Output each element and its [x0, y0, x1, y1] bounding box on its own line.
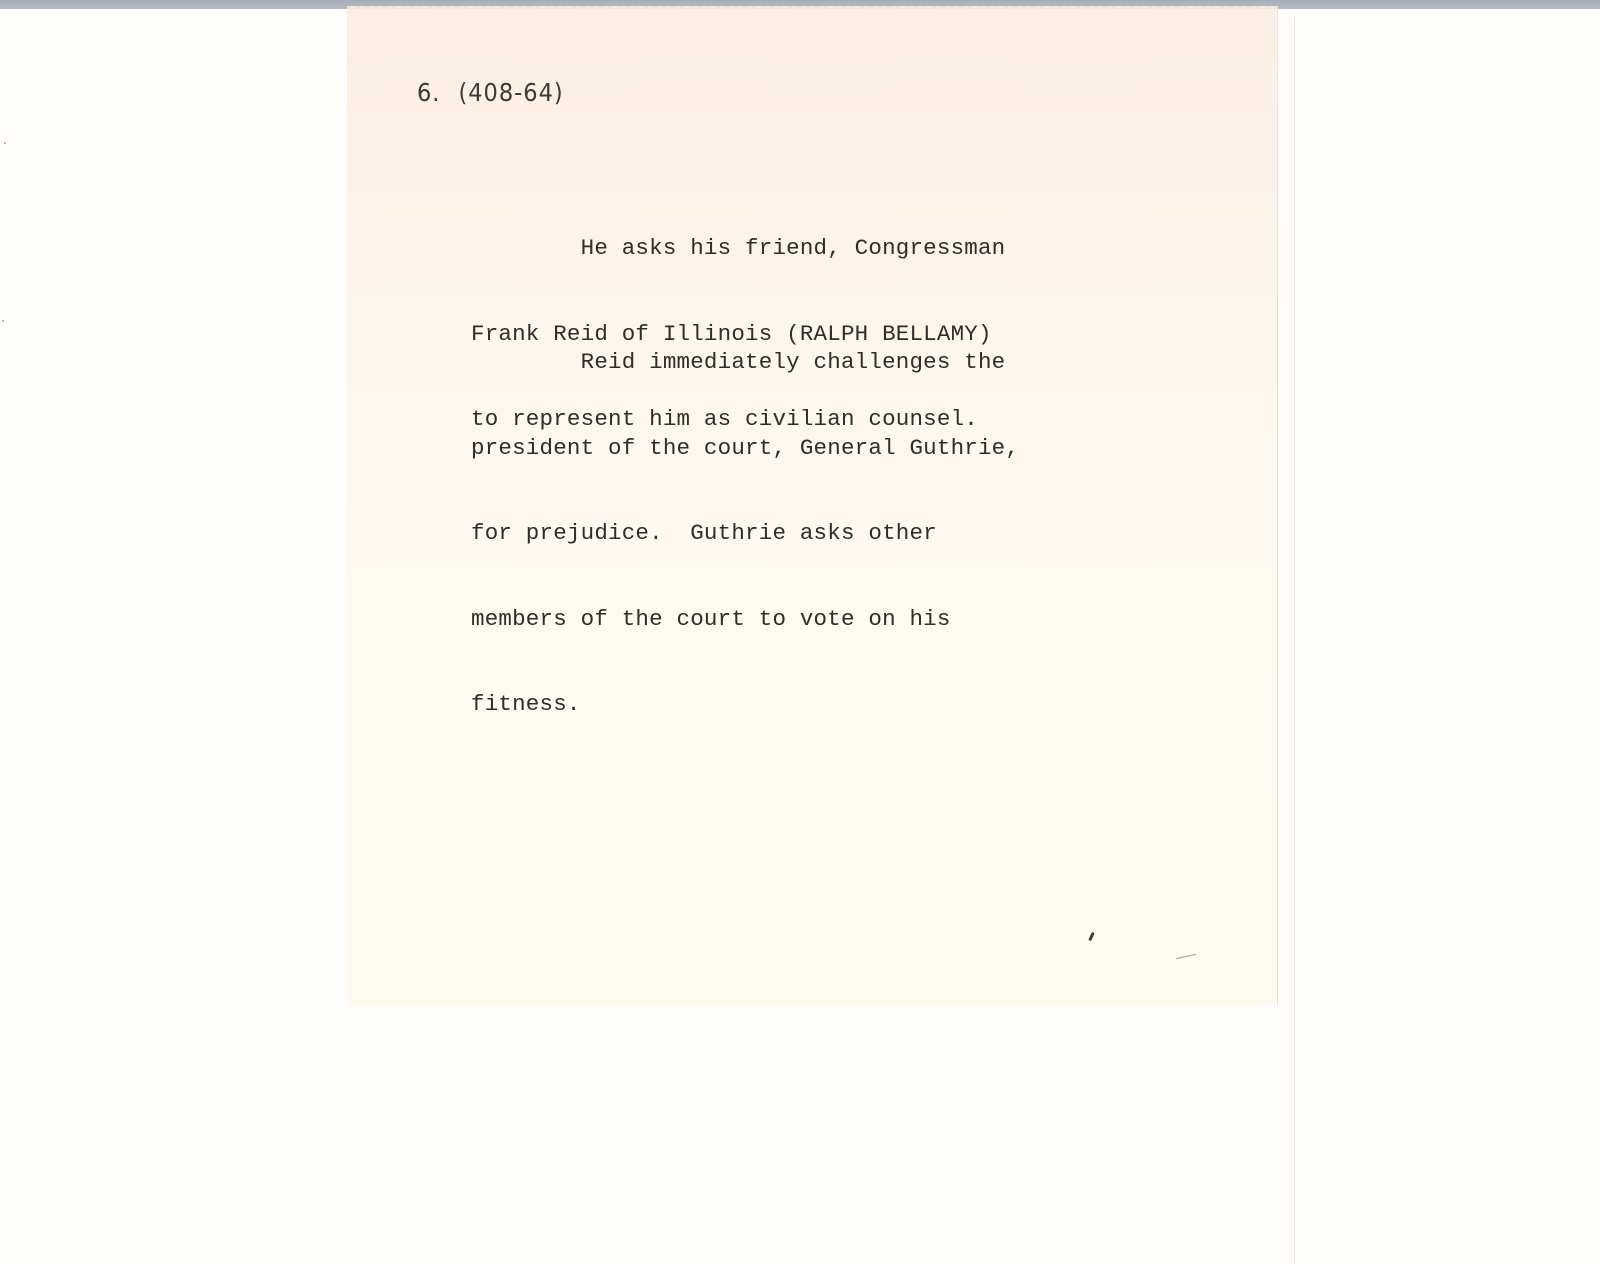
caption-sheet: 6.(408-64) He asks his friend, Congressm… — [347, 6, 1277, 1006]
ink-mark — [1176, 954, 1196, 959]
text-line: members of the court to vote on his — [471, 605, 1091, 634]
paragraph-2: Reid immediately challenges the presiden… — [471, 291, 1091, 776]
backing-page-right — [1294, 17, 1600, 1264]
text-line: fitness. — [471, 690, 1091, 719]
text-line: president of the court, General Guthrie, — [471, 434, 1091, 463]
text-line: Reid immediately challenges the — [471, 348, 1091, 377]
text-line: He asks his friend, Congressman — [471, 234, 1091, 263]
paper-speck — [4, 142, 6, 144]
sheet-torn-edge — [347, 6, 1277, 9]
ink-mark — [1088, 932, 1095, 941]
paper-speck — [2, 320, 4, 322]
caption-number: 6. — [417, 78, 440, 107]
text-line: for prejudice. Guthrie asks other — [471, 519, 1091, 548]
caption-code: (408-64) — [458, 78, 563, 107]
caption-header: 6.(408-64) — [417, 78, 564, 107]
